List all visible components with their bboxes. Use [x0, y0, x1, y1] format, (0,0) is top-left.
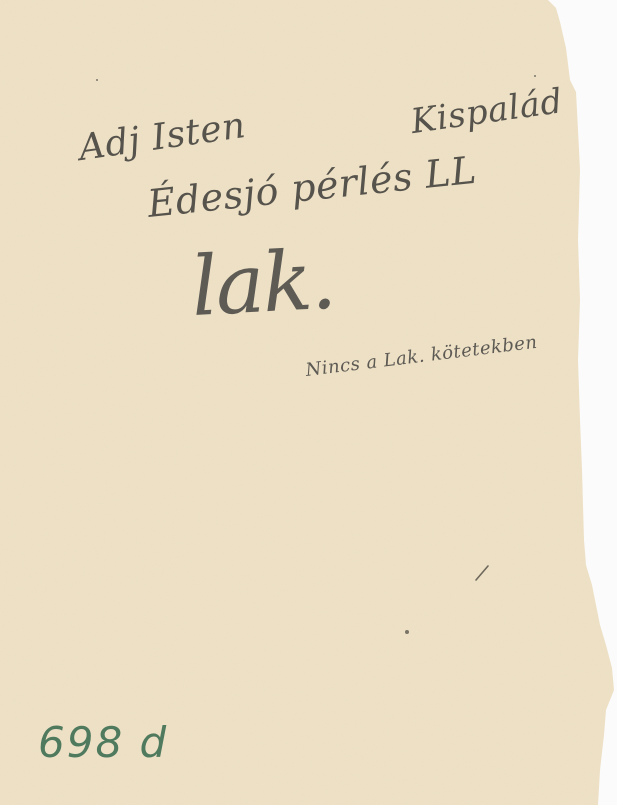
scan-canvas: Adj Isten Kispalád Édesjó pérlés LL lak.…: [0, 0, 617, 805]
catalog-number: 698 d: [38, 718, 168, 767]
handwriting-title-word: lak.: [189, 233, 337, 335]
paper-speck: [534, 75, 536, 77]
paper-speck: [96, 79, 98, 81]
paper-speck: [405, 630, 409, 634]
